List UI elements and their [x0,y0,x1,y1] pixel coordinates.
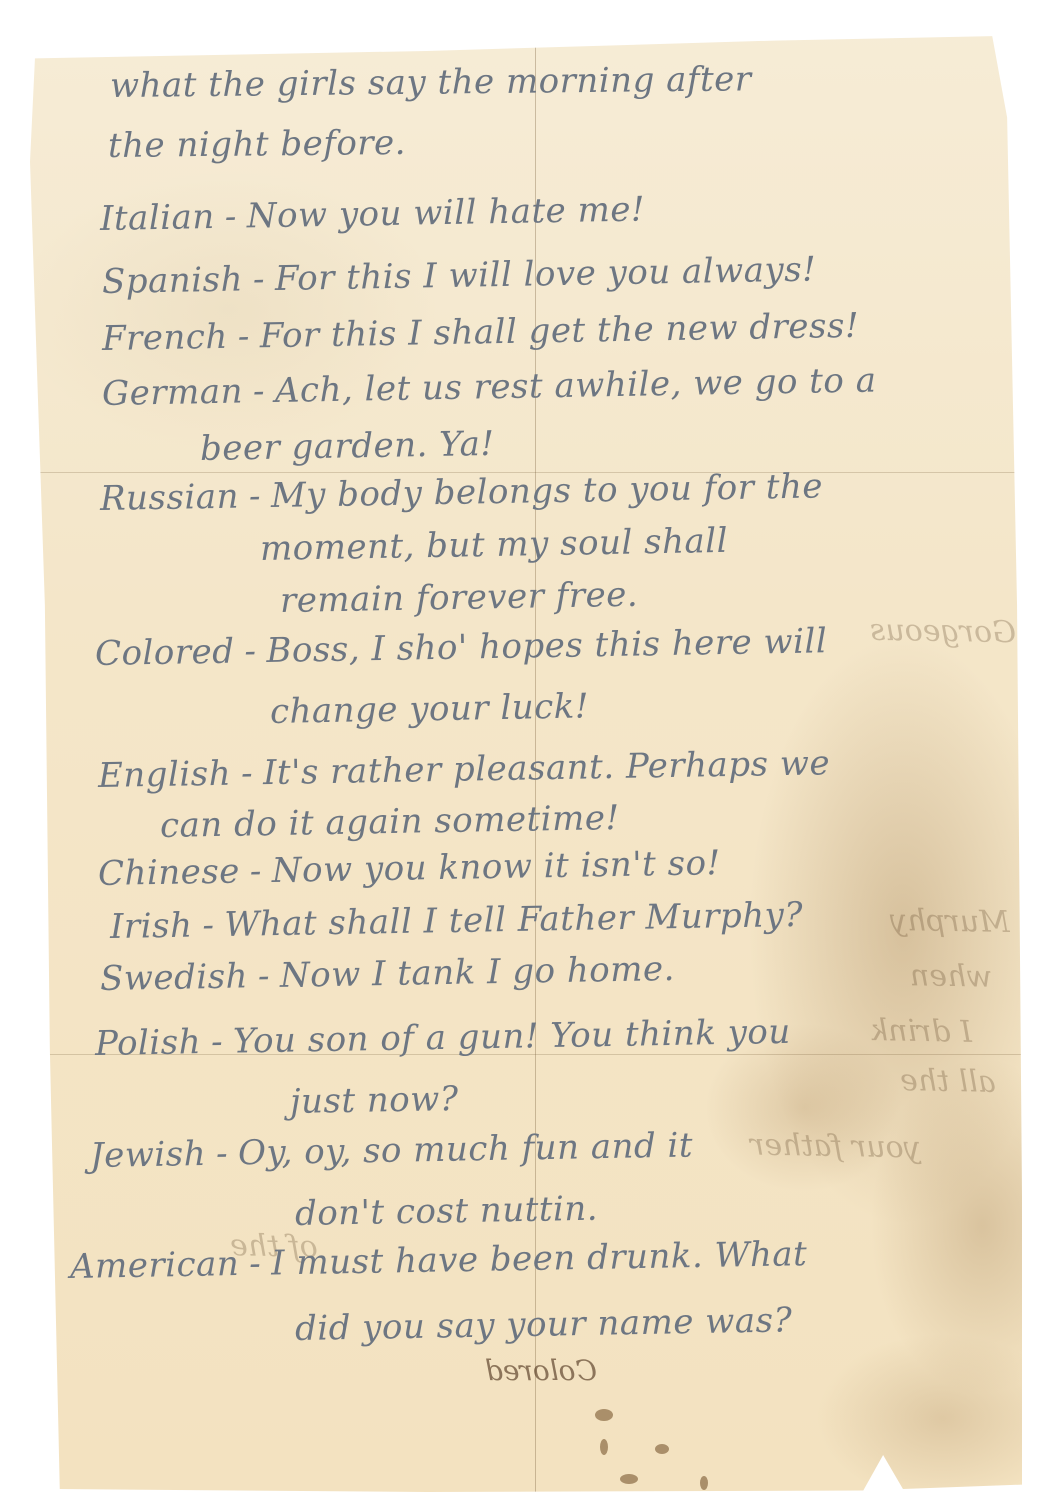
stain-spot [655,1444,669,1454]
entry-text: What shall I tell Father Murphy? [224,895,803,945]
entry-german: German-Ach, let us rest awhile, we go to… [102,360,877,414]
entry-french: French-For this I shall get the new dres… [102,306,860,359]
entry-text: Boss, I sho' hopes this here will [266,621,827,671]
nationality-label: French [102,317,228,359]
stain-spot [595,1409,613,1421]
entry-swedish: Swedish-Now I tank I go home. [100,949,676,999]
title-line: what the girls say the morning after [110,59,752,106]
stain-spot [600,1439,608,1455]
nationality-label: Swedish [100,956,249,999]
entry-colored: Colored-Boss, I sho' hopes this here wil… [95,621,828,674]
entry-english-continued: can do it again sometime! [160,798,620,846]
entry-text: For this I shall get the new dress! [259,306,859,356]
bleed-through-signature: Colored [485,1354,597,1387]
nationality-label: American [70,1244,240,1287]
nationality-label: German [102,372,244,414]
nationality-label: Jewish [90,1134,207,1176]
entry-text: My body belongs to you for the [271,466,824,516]
entry-english: English-It's rather pleasant. Perhaps we [98,743,831,796]
entry-text: Now you will hate me! [246,189,645,236]
entry-text: It's rather pleasant. Perhaps we [263,743,831,793]
entry-russian: Russian-My body belongs to you for the [100,466,824,519]
nationality-label: Chinese [98,852,241,894]
stain-spot [620,1474,638,1484]
entry-text: Ach, let us rest awhile, we go to a [275,360,877,410]
entry-chinese: Chinese-Now you know it isn't so! [98,843,721,894]
title-line: the night before. [108,123,406,166]
bleed-through-text: when [910,958,993,994]
entry-polish: Polish-You son of a gun! You think you [95,1012,791,1064]
bleed-through-text: I drink [870,1013,973,1050]
paper-sheet: Gorgeous Murphy when I drink all the you… [30,14,1022,1492]
nationality-label: Irish [110,906,193,947]
entry-german-continued: beer garden. Ya! [200,424,495,469]
entry-italian: Italian-Now you will hate me! [100,189,646,239]
entry-russian-continued: moment, but my soul shall [260,521,729,569]
entry-colored-continued: change your luck! [270,686,590,732]
entry-irish: Irish-What shall I tell Father Murphy? [110,895,804,947]
entry-spanish: Spanish-For this I will love you always! [102,250,817,302]
bleed-through-text: Gorgeous [870,613,1017,651]
entry-jewish: Jewish-Oy, oy, so much fun and it [90,1125,694,1176]
entry-text: I must have been drunk. What [271,1234,808,1283]
stain-spot [700,1476,708,1490]
entry-text: Now I tank I go home. [280,949,676,996]
entry-russian-continued: remain forever free. [280,575,639,621]
nationality-label: Russian [100,477,240,519]
entry-american-continued: did you say your name was? [295,1300,793,1349]
bleed-through-text: your father [750,1128,921,1166]
nationality-label: English [98,754,232,796]
entry-jewish-continued: don't cost nuttin. [295,1189,599,1234]
entry-polish-continued: just now? [290,1079,459,1122]
entry-american: American-I must have been drunk. What [70,1234,808,1287]
entry-text: Now you know it isn't so! [271,843,720,891]
nationality-label: Italian [100,197,215,239]
nationality-label: Colored [95,632,235,674]
bleed-through-text: Murphy [890,903,1010,940]
entry-text: For this I will love you always! [275,250,817,299]
entry-text: Oy, oy, so much fun and it [238,1125,694,1173]
nationality-label: Spanish [102,260,244,302]
nationality-label: Polish [95,1022,202,1064]
bleed-through-text: all the [900,1063,996,1100]
